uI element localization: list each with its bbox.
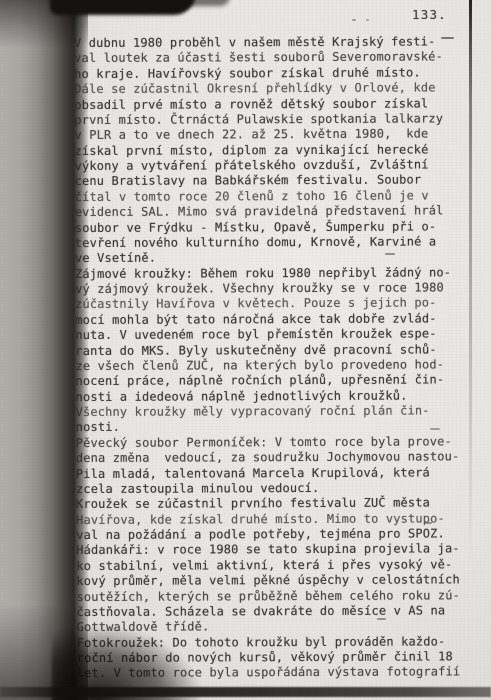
- scan-smudge-top-tail: [150, 0, 230, 6]
- text-line: Pila mladá, talentovaná Marcela Krupilov…: [76, 465, 476, 482]
- text-line: Kroužek se zúčastnil prvního festivalu Z…: [76, 496, 476, 513]
- text-line: ze všech členů ZUČ, na kterých bylo prov…: [75, 357, 475, 374]
- scan-mark: [424, 522, 432, 524]
- text-line: zúčastnily Havířova v květech. Pouze s j…: [75, 296, 475, 313]
- scanned-document-page: 133. V dubnu 1980 proběhl v našem městě …: [0, 0, 491, 700]
- text-line: Zájmové kroužky: Během roku 1980 nepřiby…: [75, 265, 475, 282]
- scan-mark: [377, 618, 386, 620]
- text-line: nosti.: [76, 419, 476, 436]
- text-line: cenu Bratislavy na Babkářském festivalu.…: [75, 173, 475, 190]
- text-line: v PLR a to ve dnech 22. až 25. května 19…: [74, 127, 474, 144]
- text-line: dena změna vedoucí, za soudružku Jochymo…: [76, 449, 476, 466]
- text-line: Všechny kroužky měly vypracovaný roční p…: [76, 403, 476, 420]
- text-line: val loutek za účasti šesti souborů Sever…: [74, 50, 474, 67]
- text-line: kový průměr, měla velmi pěkné úspěchy v …: [76, 572, 476, 589]
- text-line: získal první místo, diplom za vynikající…: [74, 142, 474, 159]
- text-line: Hádankáři: v roce 1980 se tato skupina p…: [76, 542, 476, 559]
- text-line: nuta. V uvedeném roce byl přemístěn krou…: [75, 326, 475, 343]
- text-line: nosti a idedeová náplně jednotlivých kro…: [76, 388, 476, 405]
- text-line: ve Vsetíně.: [75, 250, 475, 267]
- text-block: V dubnu 1980 proběhl v našem městě Krajs…: [74, 34, 477, 681]
- text-line: ranta do MKS. Byly uskutečněny dvě praco…: [75, 342, 475, 359]
- scan-mark: [385, 253, 395, 255]
- page-bottom-edge: [0, 687, 491, 697]
- page-number: 133.: [412, 7, 447, 22]
- page-right-edge-line: [469, 0, 472, 560]
- text-line: evidenci SAL. Mimo svá pravidelná předst…: [75, 203, 475, 220]
- text-line: častňovala. Scházela se dvakráte do měsí…: [76, 603, 476, 620]
- text-line: tevření nového kulturního domu, Krnově, …: [75, 234, 475, 251]
- scan-mark: [366, 19, 369, 21]
- scan-mark: [352, 19, 356, 21]
- scan-mark: [441, 37, 454, 39]
- text-line: soubor ve Frýdku - Místku, Opavě, Šumper…: [75, 219, 475, 236]
- book-binding-shadow: [0, 0, 88, 700]
- scan-mark: [430, 428, 440, 430]
- text-line: Dále se zúčastnil Okresní přehlídky v Or…: [74, 80, 474, 97]
- text-line: obsadil prvé místo a rovněž dětský soubo…: [74, 96, 474, 113]
- text-line: Havířova, kde získal druhé místo. Mimo t…: [76, 511, 476, 528]
- text-line: nocení práce, náplně ročních plánů, upře…: [75, 373, 475, 390]
- text-line: soutěžích, kterých se průběžně během cel…: [76, 588, 476, 605]
